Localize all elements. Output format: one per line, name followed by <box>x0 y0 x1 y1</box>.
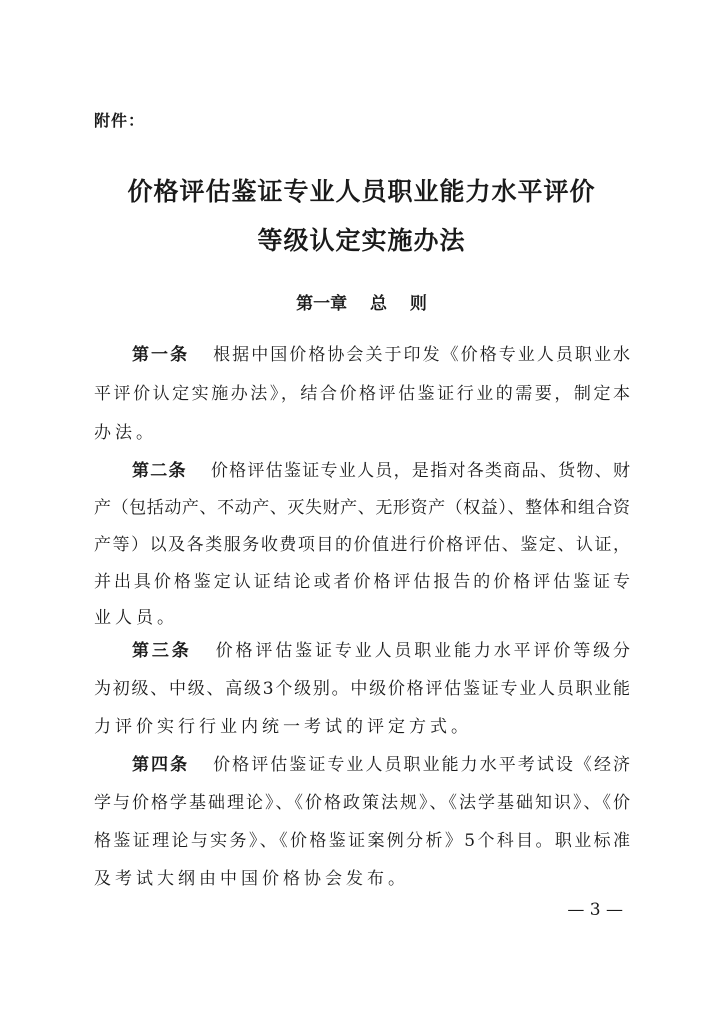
article-line: 平评价认定实施办法》，结合价格评估鉴证行业的需要，制定本 <box>94 383 630 405</box>
article-line: 格鉴证理论与实务》、《价格鉴证案例分析》5个科目。职业标准 <box>94 830 630 852</box>
article-line: 产等）以及各类服务收费项目的价值进行价格评估、鉴定、认证， <box>94 534 630 556</box>
article-label: 第一条 <box>132 345 189 365</box>
article-line: 及考试大纲由中国价格协会发布。 <box>94 868 630 890</box>
attachment-label: 附件： <box>94 108 145 131</box>
document-title-line-2: 等级认定实施办法 <box>0 221 723 257</box>
article-line: 力评价实行行业内统一考试的评定方式。 <box>94 716 630 738</box>
article-text: 价格评估鉴证专业人员，是指对各类商品、货物、财 <box>211 461 630 481</box>
article-line: 业人员。 <box>94 607 630 629</box>
article-line: 学与价格学基础理论》、《价格政策法规》、《法学基础知识》、《价 <box>94 792 630 814</box>
article-label: 第三条 <box>132 641 192 661</box>
article-line: 第四条价格评估鉴证专业人员职业能力水平考试设《经济 <box>132 754 630 776</box>
article-text: 价格评估鉴证专业人员职业能力水平评价等级分 <box>216 641 630 661</box>
chapter-heading: 第一章 总 则 <box>0 289 723 314</box>
article-label: 第四条 <box>132 755 189 775</box>
article-label: 第二条 <box>132 461 187 481</box>
article-line: 第二条价格评估鉴证专业人员，是指对各类商品、货物、财 <box>132 460 630 482</box>
article-text: 价格评估鉴证专业人员职业能力水平考试设《经济 <box>213 755 630 775</box>
document-title-line-1: 价格评估鉴证专业人员职业能力水平评价 <box>0 172 723 208</box>
document-page: 附件： 价格评估鉴证专业人员职业能力水平评价 等级认定实施办法 第一章 总 则 … <box>0 0 723 1024</box>
article-line: 并出具价格鉴定认证结论或者价格评估报告的价格评估鉴证专 <box>94 571 630 593</box>
article-line: 为初级、中级、高级3个级别。中级价格评估鉴证专业人员职业能 <box>94 678 630 700</box>
article-line: 办法。 <box>94 422 630 444</box>
article-line: 第三条价格评估鉴证专业人员职业能力水平评价等级分 <box>132 640 630 662</box>
article-line: 第一条根据中国价格协会关于印发《价格专业人员职业水 <box>132 344 630 366</box>
article-line: 产（包括动产、不动产、灭失财产、无形资产（权益）、整体和组合资 <box>94 497 630 519</box>
page-number: — 3 — <box>567 900 623 920</box>
article-text: 根据中国价格协会关于印发《价格专业人员职业水 <box>213 345 630 365</box>
